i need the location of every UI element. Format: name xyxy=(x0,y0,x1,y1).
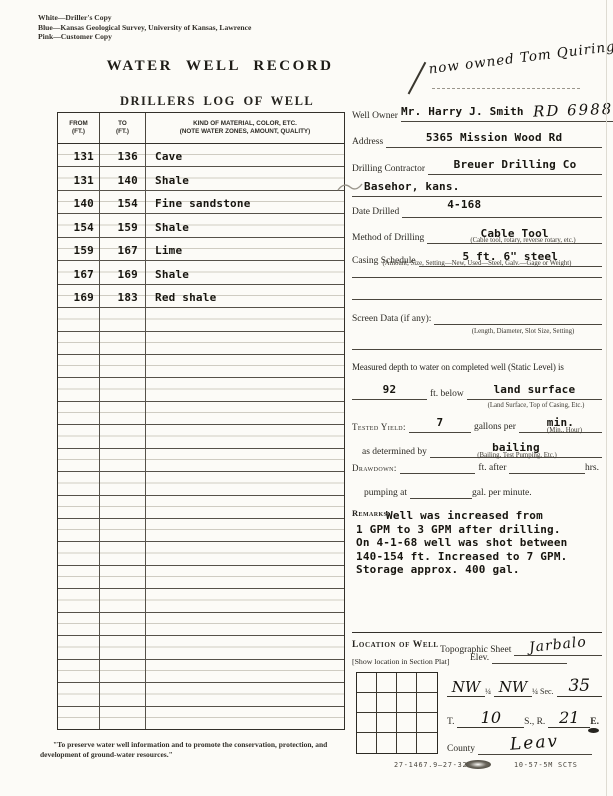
log-row-empty xyxy=(58,308,344,331)
scan-edge-line xyxy=(606,0,607,796)
drillers-log-heading: DRILLERS LOG OF WELL xyxy=(120,94,314,109)
static-depth-value: 92 xyxy=(383,383,397,396)
plat-instruction: [Show location in Section Plat] xyxy=(352,657,449,666)
hrs-label: hrs. xyxy=(585,463,602,474)
county-line: Leav xyxy=(478,733,592,755)
gal-per-minute-label: gal. per minute. xyxy=(472,488,535,499)
plat-cell xyxy=(417,733,437,753)
section-value: 35 xyxy=(557,676,602,697)
remarks-text: Well was increased from 1 GPM to 3 GPM a… xyxy=(356,509,596,577)
plat-cell xyxy=(357,713,377,733)
plat-cell xyxy=(397,713,417,733)
static-depth-line: 92 xyxy=(352,380,427,400)
printers-union-emblem xyxy=(465,760,491,769)
log-row-empty xyxy=(58,472,344,495)
field-date-drilled: Date Drilled 4-168 xyxy=(352,198,602,218)
plat-cell xyxy=(397,733,417,753)
field-screen-data: Screen Data (if any): xyxy=(352,314,602,325)
static-surface-line: land surface xyxy=(467,380,602,400)
log-row-empty xyxy=(58,355,344,378)
log-row-empty xyxy=(58,378,344,401)
address-value: 5365 Mission Wood Rd xyxy=(426,131,562,144)
gallons-per-label: gallons per xyxy=(471,422,519,433)
tested-yield-value: 7 xyxy=(437,416,444,429)
log-row-empty xyxy=(58,542,344,565)
field-drilling-contractor: Drilling Contractor Breuer Drilling Co xyxy=(352,155,602,175)
blank-line-3 xyxy=(352,349,602,350)
log-row-empty xyxy=(58,332,344,355)
plat-cell xyxy=(377,673,397,693)
method-of-drilling-label: Method of Drilling xyxy=(352,233,427,244)
pumping-at-label: pumping at xyxy=(364,488,410,499)
log-body: 131136Cave131140Shale140154Fine sandston… xyxy=(58,144,344,729)
log-row-empty xyxy=(58,566,344,589)
plat-cell xyxy=(357,733,377,753)
field-contractor-city: Basehor, kans. xyxy=(352,177,602,197)
screen-data-caption: (Length, Diameter, Slot Size, Setting) xyxy=(444,328,602,335)
log-row: 131136Cave xyxy=(58,144,344,167)
plat-cell xyxy=(377,713,397,733)
quarter-row: NW ¼ NW ¼ Sec. 35 xyxy=(447,676,602,697)
plat-cell xyxy=(397,693,417,713)
date-drilled-label: Date Drilled xyxy=(352,207,402,218)
col-header-material: KIND OF MATERIAL, COLOR, ETC. (NOTE WATE… xyxy=(146,113,344,143)
log-row-empty xyxy=(58,636,344,659)
county-value: Leav xyxy=(510,731,560,754)
plat-cell xyxy=(417,713,437,733)
blank-line-2 xyxy=(352,299,602,300)
section-plat-grid xyxy=(356,672,438,754)
log-row: 167169Shale xyxy=(58,261,344,284)
log-row-empty xyxy=(58,613,344,636)
tested-yield-caption: (Min., Hour) xyxy=(527,427,602,434)
drillers-log-header: FROM (FT.) TO (FT.) KIND OF MATERIAL, CO… xyxy=(58,113,344,144)
copy-note-blue: Blue—Kansas Geological Survey, Universit… xyxy=(38,23,251,33)
location-heading: Location of Well xyxy=(352,640,439,650)
drilling-contractor-line: Breuer Drilling Co xyxy=(428,155,602,175)
tested-yield-label: Tested Yield: xyxy=(352,422,409,433)
ft-below-label: ft. below xyxy=(427,389,467,400)
well-record-fields: Well Owner Mr. Harry J. Smith RD 69886 A… xyxy=(352,0,602,796)
log-row-empty xyxy=(58,707,344,729)
drilling-contractor-value: Breuer Drilling Co xyxy=(454,158,577,171)
quarter2-value: NW xyxy=(494,678,532,697)
col-header-from: FROM (FT.) xyxy=(58,113,100,143)
quarter-sec-label: ¼ Sec. xyxy=(532,687,557,697)
well-owner-label: Well Owner xyxy=(352,111,401,122)
determined-by-label: as determined by xyxy=(362,447,430,458)
plat-cell xyxy=(357,673,377,693)
plat-cell xyxy=(397,673,417,693)
drawdown-hrs-line xyxy=(509,472,585,474)
address-label: Address xyxy=(352,137,386,148)
elev-row: Elev. xyxy=(470,653,567,664)
field-drawdown: Drawdown: ft. after hrs. xyxy=(352,463,602,474)
log-row: 140154Fine sandstone xyxy=(58,191,344,214)
preservation-footnote: "To preserve water well information and … xyxy=(40,740,352,759)
elev-line xyxy=(492,662,567,664)
date-drilled-value: 4-168 xyxy=(447,198,481,211)
tested-yield-line: 7 xyxy=(409,413,471,433)
township-row: T. 10 S., R. 21 E. xyxy=(447,708,602,728)
township-label: T. xyxy=(447,717,457,728)
plat-cell xyxy=(357,693,377,713)
screen-data-label: Screen Data (if any): xyxy=(352,314,434,325)
copy-note-pink: Pink—Customer Copy xyxy=(38,32,251,42)
drawdown-label: Drawdown: xyxy=(352,463,400,474)
determined-by-caption: (Bailing, Test Pumping, Etc.) xyxy=(437,452,597,459)
casing-caption: (Amount, Size, Setting—New, Used—Steel, … xyxy=(352,260,602,267)
screen-data-line xyxy=(434,323,602,325)
county-label: County xyxy=(447,744,478,755)
log-row: 169183Red shale xyxy=(58,285,344,308)
plat-cell xyxy=(377,733,397,753)
contractor-city-line: Basehor, kans. xyxy=(352,177,602,197)
plat-cell xyxy=(417,673,437,693)
field-pumping: pumping at gal. per minute. xyxy=(352,488,547,499)
log-row-empty xyxy=(58,449,344,472)
log-row-empty xyxy=(58,425,344,448)
log-row: 131140Shale xyxy=(58,167,344,190)
drawdown-ft-line xyxy=(400,472,476,474)
well-owner-value: Mr. Harry J. Smith xyxy=(401,105,524,118)
county-row: County Leav xyxy=(447,733,592,755)
field-well-owner: Well Owner Mr. Harry J. Smith RD 69886 xyxy=(352,101,602,122)
copy-notes: White—Driller's Copy Blue—Kansas Geologi… xyxy=(38,13,251,42)
township-value: 10 xyxy=(457,708,524,728)
drillers-log-table: FROM (FT.) TO (FT.) KIND OF MATERIAL, CO… xyxy=(57,112,345,730)
log-row-empty xyxy=(58,496,344,519)
plat-cell xyxy=(377,693,397,713)
location-divider xyxy=(352,632,602,633)
blank-line-1 xyxy=(352,277,602,278)
static-level-intro: Measured depth to water on completed wel… xyxy=(352,362,602,372)
elev-label: Elev. xyxy=(470,653,492,664)
log-row-empty xyxy=(58,683,344,706)
log-row-empty xyxy=(58,589,344,612)
drilling-contractor-label: Drilling Contractor xyxy=(352,164,428,175)
static-surface-value: land surface xyxy=(493,383,575,396)
range-suffix: E. xyxy=(590,717,602,728)
plat-cell xyxy=(417,693,437,713)
log-row-empty xyxy=(58,660,344,683)
log-row: 154159Shale xyxy=(58,214,344,237)
copy-note-white: White—Driller's Copy xyxy=(38,13,251,23)
address-line: 5365 Mission Wood Rd xyxy=(386,128,602,148)
date-drilled-line: 4-168 xyxy=(402,198,602,218)
print-code-right: 10-57-5M SCTS xyxy=(514,761,578,769)
contractor-city-value: Basehor, kans. xyxy=(364,180,460,193)
method-caption: (Cable tool, rotary, reverse rotary, etc… xyxy=(444,237,602,244)
print-code-left: 27-1467.9—27-32 xyxy=(394,761,467,769)
pumping-rate-line xyxy=(410,497,472,499)
ft-after-label: ft. after xyxy=(475,463,509,474)
quarter1-value: NW xyxy=(447,678,485,697)
static-level-caption: (Land Surface, Top of Casing, Etc.) xyxy=(470,402,602,409)
log-row-empty xyxy=(58,402,344,425)
field-address: Address 5365 Mission Wood Rd xyxy=(352,128,602,148)
range-value: 21 xyxy=(548,708,590,728)
well-owner-handwritten: RD 69886 xyxy=(532,99,613,120)
field-static-level: 92 ft. below land surface xyxy=(352,380,602,400)
col-header-to: TO (FT.) xyxy=(100,113,146,143)
well-owner-line: Mr. Harry J. Smith RD 69886 xyxy=(401,101,613,122)
log-row-empty xyxy=(58,519,344,542)
log-row: 159167Lime xyxy=(58,238,344,261)
quarter1-label: ¼ xyxy=(485,687,494,697)
township-suffix: S., R. xyxy=(524,717,548,728)
